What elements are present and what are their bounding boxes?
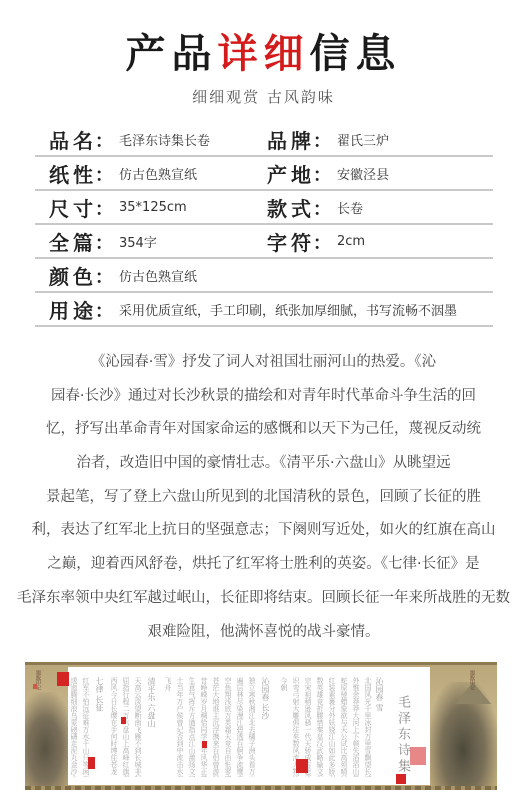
spec-value: 35*125cm (119, 200, 187, 215)
poem-heading: 沁园春 长沙 (262, 677, 270, 777)
description-line: 《沁园春·雪》抒发了词人对祖国壮丽河山的热爱。《沁 (0, 346, 527, 380)
poem-column: 生意气挥斥方遒指点江山激扬文字粪 (188, 677, 196, 777)
poem-column: 苍茫大地谁主沉浮携来百侣曾游忆往 (212, 677, 220, 777)
poem-column: 土当年万户侯曾记否到中流击水浪遏 (176, 677, 184, 777)
seal-stamp-small (202, 741, 207, 748)
spec-colon: ： (95, 161, 113, 187)
spec-item-style: 款式：长卷 (267, 192, 363, 223)
poem-column: 天高云淡望断南飞雁不到长城非好汉 (134, 677, 142, 777)
title-part-2-highlight: 详细 (218, 30, 310, 77)
description-line: 忆，抒写出革命青年对国家命运的感慨和以天下为己任，蔑视反动统 (0, 413, 527, 447)
spec-item-origin: 产地：安徽泾县 (267, 158, 389, 189)
spec-value: 安徽泾县 (337, 164, 389, 183)
description-line: 治者，改造旧中国的豪情壮志。《清平乐·六盘山》从眺望远 (0, 447, 527, 481)
spec-key: 纸性 (49, 159, 97, 188)
poem-column: 北国风光千里冰封万里雪飘望长城内 (364, 677, 372, 777)
product-scroll-image: 题跋印记 题跋印记 毛泽东诗集 沁园春 雪 北国风光千里冰封万里雪飘望长城内 外… (25, 662, 497, 790)
spec-value: 仿古色熟宣纸 (119, 164, 197, 183)
description-paragraph: 《沁园春·雪》抒发了词人对祖国壮丽河山的热爱。《沁 园春·长沙》通过对长沙秋景的… (0, 346, 527, 649)
poem-heading: 沁园春 雪 (376, 677, 384, 777)
spec-table: 品名：毛泽东诗集长卷 品牌：翟氏三炉 纸性：仿古色熟宣纸 产地：安徽泾县 尺寸：… (35, 124, 493, 328)
spec-row: 颜色：仿古色熟宣纸 (35, 260, 493, 293)
spec-row: 全篇：354字 字符：2cm (35, 226, 493, 259)
poem-column: 今朝 (280, 677, 288, 777)
description-line: 利，表达了红军北上抗日的坚强意志；下阕则写近处，如火的红旗在高山 (0, 514, 527, 548)
poem-column: 西风今日长缨在手何时缚住苍龙 (110, 677, 118, 777)
poem-column: 独立寒秋湘江北去橘子洲头看万山红 (248, 677, 256, 777)
spec-colon: ： (313, 161, 331, 187)
spec-item-paper: 纸性：仿古色熟宣纸 (49, 158, 197, 189)
calligraphy-paper: 毛泽东诗集 沁园春 雪 北国风光千里冰封万里雪飘望长城内 外惟余莽莽大河上下顿失… (68, 667, 430, 785)
spec-item-brand: 品牌：翟氏三炉 (267, 124, 389, 155)
spec-colon: ： (313, 127, 331, 153)
spec-item-name: 品名：毛泽东诗集长卷 (49, 124, 210, 155)
title-part-3: 信息 (310, 30, 402, 77)
spec-key: 用途 (49, 295, 97, 324)
poem-column: 遍层林尽染漫江碧透百舸争流鹰击长 (236, 677, 244, 777)
spec-key: 品牌 (267, 125, 315, 154)
spec-key: 字符 (267, 227, 315, 256)
spec-row: 品名：毛泽东诗集长卷 品牌：翟氏三炉 (35, 124, 493, 157)
spec-value: 翟氏三炉 (337, 130, 389, 149)
description-line: 艰难险阻，他满怀喜悦的战斗豪情。 (0, 616, 527, 650)
poem-column: 空鱼翔浅底万类霜天竞自由怅寥廓问 (224, 677, 232, 777)
spec-value: 毛泽东诗集长卷 (119, 130, 210, 149)
spec-colon: ： (95, 127, 113, 153)
small-seal-icon (33, 684, 37, 689)
spec-key: 颜色 (49, 261, 97, 290)
spec-value: 2cm (337, 234, 365, 249)
seal-stamp-small (121, 717, 126, 724)
poem-column: 外惟余莽莽大河上下顿失滔滔山舞银 (352, 677, 360, 777)
spec-value: 仿古色熟宣纸 (119, 266, 197, 285)
page-subtitle: 细细观赏 古风韵味 (0, 86, 527, 107)
spec-key: 全篇 (49, 227, 97, 256)
poem-column: 昔峥嵘岁月稠恰同学少年风华正茂书 (200, 677, 208, 777)
spec-colon: ： (95, 297, 113, 323)
spec-key: 款式 (267, 193, 315, 222)
spec-value: 354字 (119, 232, 157, 251)
description-line: 之巅，迎着西风舒卷，烘托了红军将士胜利的英姿。《七律·长征》是 (0, 548, 527, 582)
spec-key: 产地 (267, 159, 315, 188)
poem-column: 数英雄竞折腰惜秦皇汉武略输文采唐 (316, 677, 324, 777)
poem-heading: 清平乐 六盘山 (148, 677, 156, 777)
spec-key: 尺寸 (49, 193, 97, 222)
scroll-border-top (25, 662, 497, 665)
poem-column: 蛇原驰蜡象欲与天公试比高须晴日看 (340, 677, 348, 777)
seal-stamp (57, 672, 69, 686)
spec-key: 品名 (49, 125, 97, 154)
spec-colon: ： (313, 195, 331, 221)
poem-column: 飞舟 (164, 677, 172, 777)
page-title: 产品详细信息 (0, 30, 527, 78)
seal-stamp-large (410, 747, 426, 765)
scroll-border-bottom (25, 786, 497, 790)
poem-column: 红装素裹分外妖娆江山如此多娇引无 (328, 677, 336, 777)
seal-stamp (296, 759, 308, 773)
spec-item-word-count: 全篇：354字 (49, 226, 157, 257)
poem-heading: 七律 长征 (96, 677, 104, 777)
seal-stamp (88, 757, 95, 769)
spec-item-color: 颜色：仿古色熟宣纸 (49, 260, 197, 291)
description-line: 景起笔，写了登上六盘山所见到的北国清秋的景色，回顾了长征的胜 (0, 481, 527, 515)
spec-row: 用途：采用优质宣纸，手工印刷，纸张加厚细腻，书写流畅不洇墨 (35, 294, 493, 327)
spec-item-usage: 用途：采用优质宣纸，手工印刷，纸张加厚细腻，书写流畅不洇墨 (49, 294, 457, 325)
spec-colon: ： (95, 263, 113, 289)
description-line: 园春·长沙》通过对长沙秋景的描绘和对青年时代革命斗争生活的回 (0, 380, 527, 414)
spec-value: 长卷 (337, 198, 363, 217)
title-part-1: 产品 (126, 30, 218, 77)
spec-item-size: 尺寸：35*125cm (49, 192, 187, 223)
spec-colon: ： (313, 229, 331, 255)
spec-colon: ： (95, 229, 113, 255)
spec-row: 尺寸：35*125cm 款式：长卷 (35, 192, 493, 225)
poem-column: 逶迤腾细浪乌蒙磅礴走泥丸金沙水拍 (70, 677, 78, 777)
spec-value: 采用优质宣纸，手工印刷，纸张加厚细腻，书写流畅不洇墨 (119, 300, 457, 319)
poem-column: 屈指行程二万六盘山上高峰红旗漫卷 (122, 677, 130, 777)
seal-stamp (396, 774, 406, 784)
painting-inscription-right: 题跋印记 (469, 670, 475, 690)
spec-colon: ： (95, 195, 113, 221)
description-line: 毛泽东率领中央红军越过岷山，长征即将结束。回顾长征一年来所战胜的无数 (0, 582, 527, 616)
spec-item-char-size: 字符：2cm (267, 226, 365, 257)
spec-row: 纸性：仿古色熟宣纸 产地：安徽泾县 (35, 158, 493, 191)
